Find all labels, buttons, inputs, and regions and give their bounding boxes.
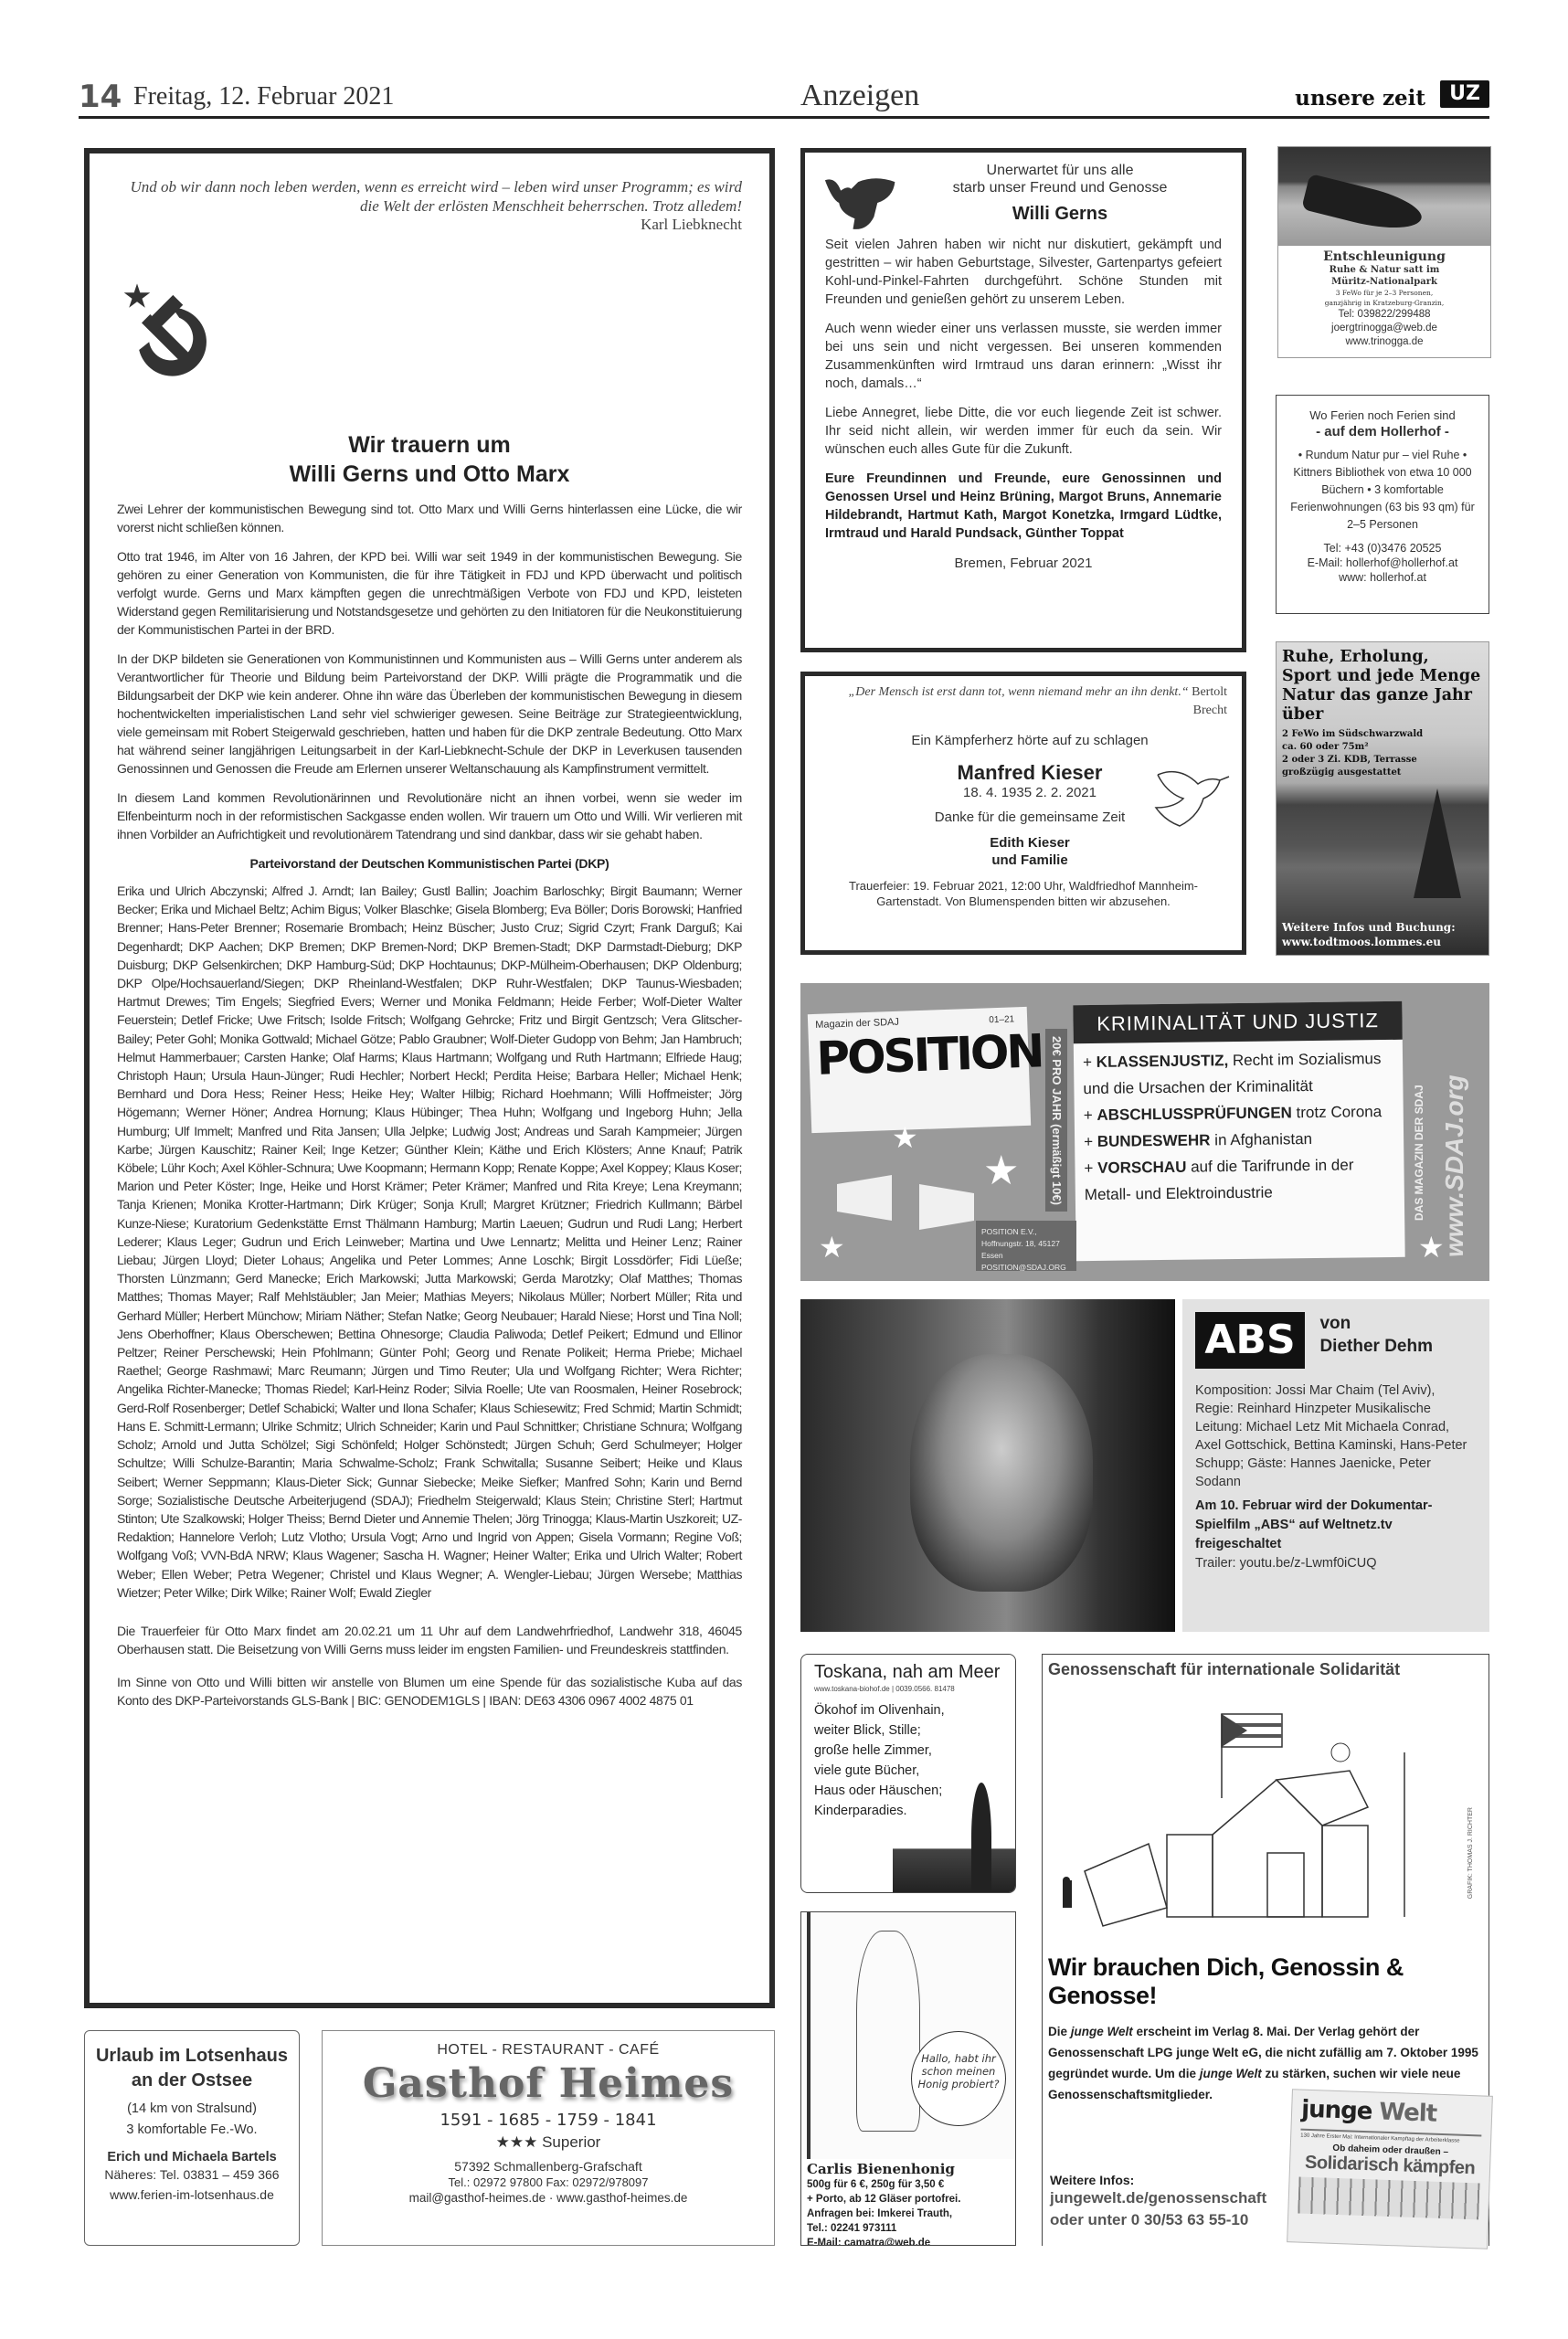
web-link[interactable]: www.ferien-im-lotsenhaus.de — [90, 2185, 293, 2205]
paragraph: In der DKP bildeten sie Generationen von… — [117, 650, 742, 778]
megaphone-icon — [837, 1175, 892, 1221]
page-number: 14 — [79, 79, 122, 115]
funeral-info: Trauerfeier: 19. Februar 2021, 12:00 Uhr… — [820, 878, 1227, 909]
section-title: Anzeigen — [800, 79, 919, 113]
ad-toskana: Toskana, nah am Meer www.toskana-biohof.… — [800, 1654, 1016, 1893]
landscape-image — [893, 1819, 1016, 1892]
cuba-house-illustration: GRAFIK: THOMAS J. RICHTER — [1048, 1698, 1483, 1935]
dove-icon — [823, 173, 902, 235]
obituary-manfred-kieser: „Der Mensch ist erst dann tot, wenn niem… — [800, 672, 1246, 955]
obituary-gerns-marx: Und ob wir dann noch leben werden, wenn … — [84, 148, 775, 2008]
family: Edith Kieser und Familie — [884, 834, 1176, 869]
junge-welt-newspaper-image: junge Welt 130 Jahre Erster Mai: Interna… — [1287, 2089, 1493, 2249]
peace-dove-icon — [1152, 766, 1234, 839]
publisher-address: POSITION E.V., Hoffnungstr. 18, 45127 Es… — [976, 1221, 1076, 1271]
fir-tree-icon — [1414, 788, 1461, 898]
life-dates: 18. 4. 1935 2. 2. 2021 — [884, 785, 1176, 800]
ad-hollerhof: Wo Ferien noch Ferien sind - auf dem Hol… — [1276, 395, 1489, 614]
hammer-sickle-icon — [117, 280, 217, 380]
ad-genossenschaft: Genossenschaft für internationale Solida… — [1042, 1654, 1489, 2246]
ad-mueritz-holiday: Entschleunigung Ruhe & Natur satt im Mür… — [1277, 146, 1491, 358]
mourner-names: Erika und Ulrich Abczynski; Alfred J. Ar… — [117, 882, 742, 1602]
boat-photo — [1278, 147, 1490, 246]
price-label: 20€ PRO JAHR (ermäßigt 10€) — [1045, 1029, 1067, 1212]
place-date: Bremen, Februar 2021 — [825, 556, 1222, 571]
star-icon: ★ — [819, 1230, 845, 1265]
quote-author: Karl Liebknecht — [117, 216, 742, 234]
web-link[interactable]: mail@gasthof-heimes.de · www.gasthof-hei… — [328, 2191, 768, 2205]
star-icon: ★ — [983, 1148, 1019, 1194]
web-link[interactable]: www.SDAJ.org — [1440, 1001, 1477, 1257]
web-link[interactable]: jungewelt.de/genossenschaft — [1050, 2187, 1266, 2209]
masthead: 14 Freitag, 12. Februar 2021 Anzeigen un… — [79, 79, 1489, 119]
credits: Komposition: Jossi Mar Chaim (Tel Aviv),… — [1195, 1381, 1477, 1491]
contact-info: Weitere Infos: jungewelt.de/genossenscha… — [1050, 2173, 1266, 2231]
deceased-name: Willi Gerns — [898, 204, 1222, 225]
paragraph: In diesem Land kommen Revolutionärinnen … — [117, 788, 742, 843]
release-note: Am 10. Februar wird der Dokumentar-Spiel… — [1195, 1497, 1477, 1554]
cypress-icon — [971, 1783, 991, 1892]
speech-bubble: Hallo, habt ihr schon meinen Honig probi… — [911, 2031, 1006, 2126]
obituary-body: Zwei Lehrer der kommunistischen Bewegung… — [117, 500, 742, 1709]
obituary-title: Wir trauern um Willi Gerns und Otto Marx — [117, 430, 742, 489]
megaphone-icon — [919, 1184, 974, 1230]
issue-date: Freitag, 12. Februar 2021 — [133, 82, 394, 111]
headline: Wir brauchen Dich, Genossin & Genosse! — [1048, 1953, 1483, 2010]
paragraph: Zwei Lehrer der kommunistischen Bewegung… — [117, 500, 742, 536]
email-link[interactable]: joergtrinogga@web.de — [1278, 322, 1490, 335]
speech-bubble: Magazin der SDAJ 01–21 POSITION — [808, 1007, 1031, 1133]
donation-info: Im Sinne von Otto und Willi bitten wir a… — [117, 1673, 742, 1709]
web-link[interactable]: www: hollerhof.at — [1284, 570, 1481, 585]
newspaper-name: unsere zeit — [1295, 86, 1425, 111]
ad-abs-film: ABS von Diether Dehm Komposition: Jossi … — [800, 1299, 1489, 1632]
brecht-quote: „Der Mensch ist erst dann tot, wenn niem… — [820, 683, 1227, 720]
star-icon: ★ — [892, 1120, 918, 1155]
house-drawing-icon — [1048, 1698, 1450, 1935]
funeral-info: Die Trauerfeier für Otto Marx findet am … — [117, 1622, 742, 1658]
beekeeper-figure — [856, 1931, 920, 2132]
ad-position-magazine: Magazin der SDAJ 01–21 POSITION ★ ★ ★ ★ … — [800, 983, 1489, 1281]
abs-logo: ABS — [1195, 1312, 1305, 1369]
ad-lotsenhaus: Urlaub im Lotsenhaus an der Ostsee (14 k… — [84, 2030, 300, 2246]
star-rating: ★★★ Superior — [328, 2133, 768, 2152]
cartoon-illustration: Hallo, habt ihr schon meinen Honig probi… — [801, 1912, 1015, 2159]
contact-link[interactable]: www.toskana-biohof.de | 0039.0566. 81478 — [814, 1685, 1002, 1693]
trailer-link[interactable]: Trailer: youtu.be/z-Lwmf0iCUQ — [1195, 1556, 1477, 1571]
email-link[interactable]: E-Mail: camatra@web.de — [807, 2236, 1010, 2246]
gasthof-logo: Gasthof Heimes — [328, 2060, 768, 2107]
ad-gasthof-heimes: HOTEL - RESTAURANT - CAFÉ Gasthof Heimes… — [322, 2030, 775, 2246]
deceased-name: Manfred Kieser — [884, 761, 1176, 785]
web-link[interactable]: www.trinogga.de — [1278, 335, 1490, 349]
signature: Parteivorstand der Deutschen Kommunistis… — [117, 856, 742, 871]
liebknecht-quote: Und ob wir dann noch leben werden, wenn … — [117, 177, 742, 216]
boat-icon — [1301, 174, 1425, 238]
film-still-photo — [800, 1299, 1175, 1632]
email-link[interactable]: POSITION@SDAJ.ORG — [981, 1262, 1071, 1274]
web-link[interactable]: www.todtmoos.lommes.eu — [1282, 935, 1456, 949]
signed-by: Eure Freundinnen und Freunde, eure Genos… — [825, 470, 1222, 543]
contents-box: KRIMINALITÄT UND JUSTIZ + KLASSENJUSTIZ,… — [1073, 1001, 1404, 1261]
uz-logo-icon: UZ — [1440, 80, 1489, 108]
ad-bienenhonig: Hallo, habt ihr schon meinen Honig probi… — [800, 1911, 1016, 2246]
paragraph: Otto trat 1946, im Alter von 16 Jahren, … — [117, 547, 742, 639]
intro: Unerwartet für uns alle starb unser Freu… — [898, 162, 1222, 196]
obituary-body: Seit vielen Jahren haben wir nicht nur d… — [825, 236, 1222, 543]
ad-todtmoos: Ruhe, Erholung, Sport und jede Menge Nat… — [1276, 641, 1489, 956]
phone-number: oder unter 0 30/53 63 55-10 — [1050, 2209, 1266, 2231]
position-logo: POSITION — [815, 1025, 1022, 1085]
email-link[interactable]: E-Mail: hollerhof@hollerhof.at — [1284, 556, 1481, 570]
headline: Ruhe, Erholung, Sport und jede Menge Nat… — [1282, 648, 1483, 725]
graphic-credit: GRAFIK: THOMAS J. RICHTER — [1467, 1807, 1474, 1899]
obituary-willi-gerns: Unerwartet für uns alle starb unser Freu… — [800, 148, 1246, 652]
